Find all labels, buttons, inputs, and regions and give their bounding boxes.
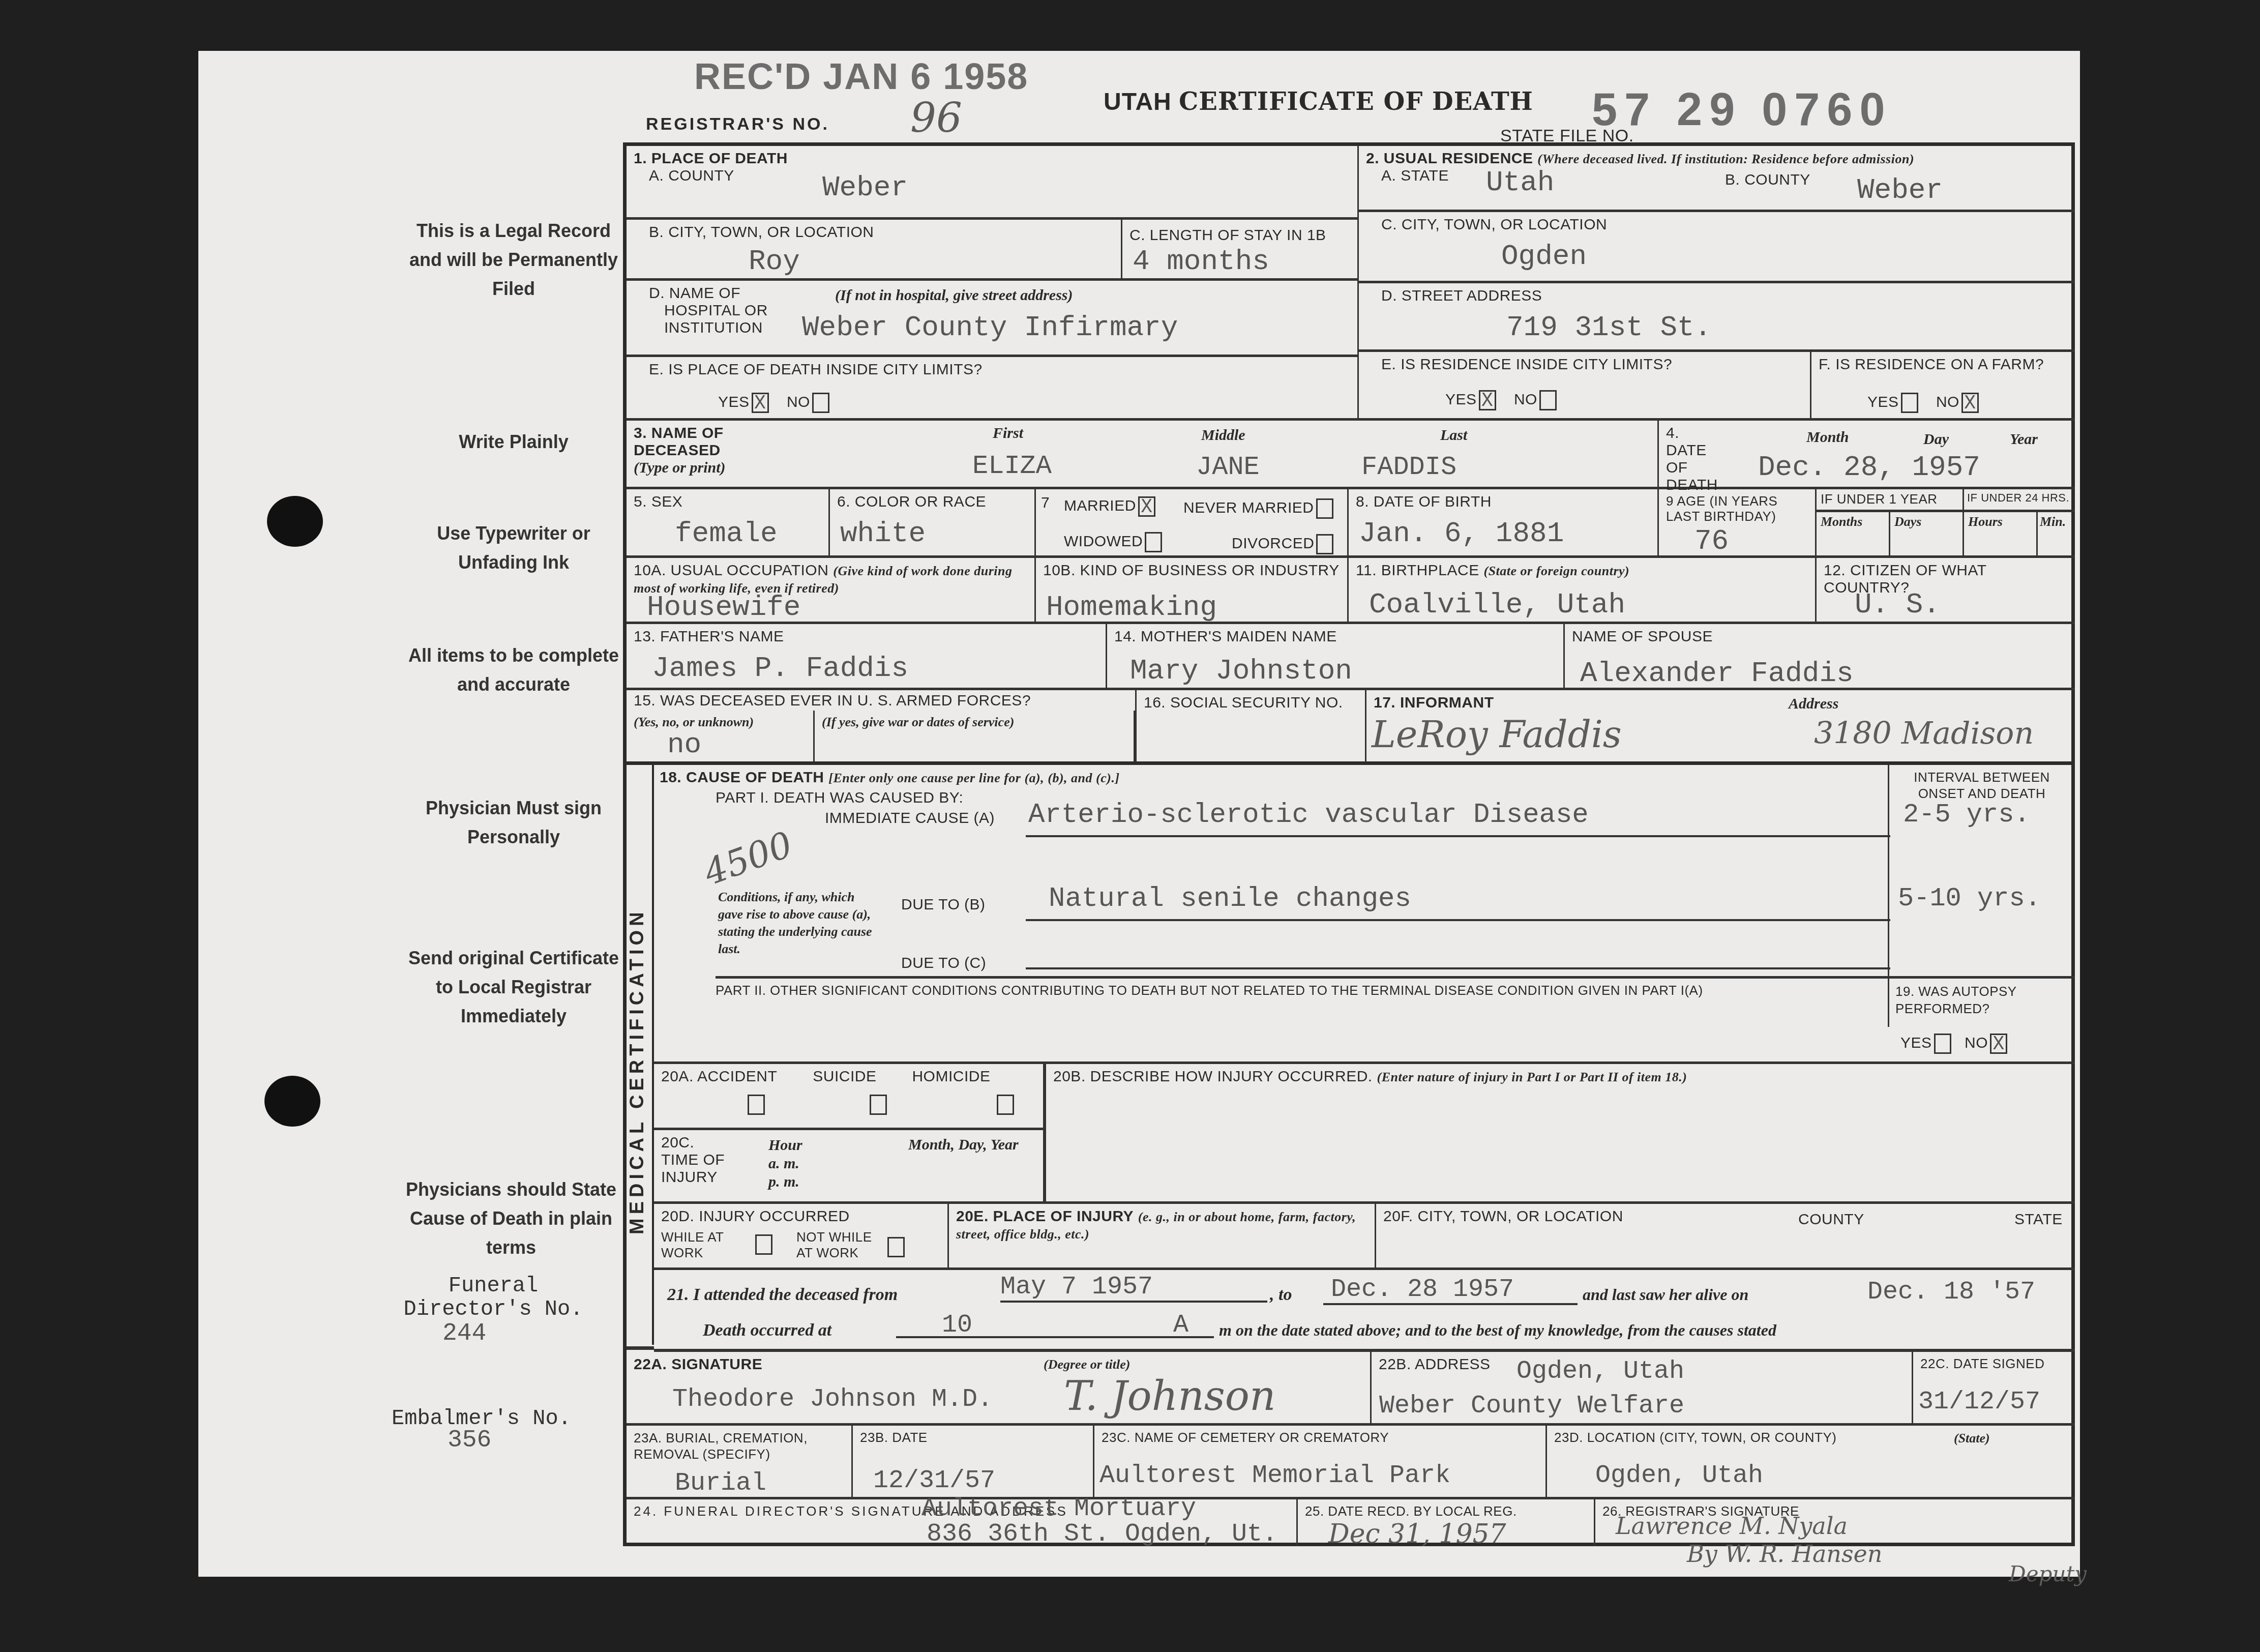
injury-county-label: COUNTY: [1798, 1211, 1864, 1228]
degree-label: (Degree or title): [1044, 1357, 1130, 1372]
death-hour-line: [896, 1336, 1214, 1338]
to-label: , to: [1270, 1285, 1292, 1305]
residence-farm-options: YES NOX: [1867, 393, 1979, 413]
send-original-note: Send original Certificate to Local Regis…: [407, 943, 620, 1030]
occupation-value: Housewife: [647, 591, 800, 624]
birthplace-value: Coalville, Utah: [1369, 588, 1625, 621]
residence-farm-cell: f. IS RESIDENCE ON A FARM? YES NOX: [1811, 352, 2075, 421]
disposition-location-value: Ogden, Utah: [1595, 1461, 1763, 1490]
married-option: MARRIEDX: [1064, 496, 1155, 517]
date-of-birth-cell: 8. DATE OF BIRTH Jan. 6, 1881: [1349, 489, 1659, 558]
armed-forces-cell: (Yes, no, or unknown) no: [627, 711, 815, 761]
residence-street-cell: d. STREET ADDRESS 719 31st St.: [1359, 283, 2075, 352]
autopsy-label: 19. WAS AUTOPSY PERFORMED?: [1895, 983, 2068, 1017]
complete-note: All items to be complete and accurate: [407, 641, 620, 699]
attended-to-line: [1323, 1303, 1578, 1305]
divorced-checkbox[interactable]: [1316, 534, 1333, 554]
physician-signature: T. Johnson: [1064, 1372, 1275, 1420]
immediate-cause-line: [1026, 835, 1890, 837]
autopsy-no-checkbox[interactable]: X: [1990, 1034, 2007, 1054]
never-married-option: NEVER MARRIED: [1183, 498, 1333, 519]
due-to-c-label: DUE TO (c): [901, 955, 986, 972]
informant-address-label: Address: [1789, 695, 1838, 713]
registrar-signature-cell: 26. REGISTRAR'S SIGNATURE Lawrence M. Ny…: [1595, 1499, 2075, 1546]
funeral-director-no: 244: [442, 1320, 486, 1347]
registrar-signature: Lawrence M. Nyala: [1616, 1512, 1848, 1540]
death-occurred-label: Death occurred at: [703, 1321, 831, 1340]
injury-state-label: STATE: [2014, 1211, 2063, 1228]
not-while-at-work-checkbox[interactable]: [887, 1237, 905, 1257]
middle-label: Middle: [1201, 427, 1245, 444]
informant-address: 3180 Madison: [1814, 716, 2034, 751]
mdy-label: Month, Day, Year: [908, 1136, 1019, 1154]
due-to-b-value: Natural senile changes: [1049, 883, 1411, 914]
interval-b-value: 5-10 yrs.: [1898, 883, 2041, 913]
injury-type-cell: 20a. ACCIDENTSUICIDEHOMICIDE: [654, 1064, 1045, 1130]
not-while-at-work-option: NOT WHILE AT WORK: [796, 1229, 878, 1261]
first-label: First: [993, 425, 1023, 442]
funeral-address-value: 836 36th St. Ogden, Ut.: [927, 1520, 1277, 1549]
death-city-limits-cell: e. IS PLACE OF DEATH INSIDE CITY LIMITS?…: [627, 357, 1359, 421]
sex-value: female: [675, 517, 778, 550]
conditions-hint: Conditions, if any, which gave rise to a…: [718, 889, 876, 958]
month-label: Month: [1806, 429, 1849, 446]
last-saw-label: and last saw her alive on: [1583, 1285, 1748, 1304]
residence-city-limits-yes-checkbox[interactable]: X: [1479, 390, 1496, 410]
residence-street-value: 719 31st St.: [1506, 311, 1711, 344]
last-name-value: FADDIS: [1361, 452, 1456, 482]
disposition-date-cell: 23b. DATE 12/31/57: [853, 1426, 1094, 1499]
industry-value: Homemaking: [1046, 591, 1217, 624]
typewriter-note: Use Typewriter or Unfading Ink: [407, 519, 620, 577]
received-stamp: REC'D JAN 6 1958: [694, 56, 1028, 98]
due-to-b-label: DUE TO (b): [901, 896, 986, 913]
death-city-limits-no-checkbox[interactable]: [812, 393, 829, 413]
birthplace-cell: 11. BIRTHPLACE (State or foreign country…: [1349, 558, 1817, 624]
divider: [1888, 765, 1889, 1027]
length-of-stay-cell: c. LENGTH OF STAY IN 1b 4 months: [1122, 220, 1359, 281]
residence-county-label: b. COUNTY: [1725, 171, 1810, 189]
injury-location-cell: 20f. CITY, TOWN, OR LOCATION COUNTY STAT…: [1376, 1204, 2075, 1270]
physician-address-line2: Weber County Welfare: [1379, 1392, 1684, 1421]
registrars-no-label: REGISTRAR'S NO.: [646, 114, 829, 134]
married-checkbox[interactable]: X: [1138, 496, 1155, 517]
hospital-hint: (If not in hospital, give street address…: [835, 287, 1073, 304]
informant-signature: LeRoy Faddis: [1372, 713, 1622, 756]
death-city-value: Roy: [749, 245, 800, 278]
punch-hole: [264, 1076, 320, 1127]
funeral-director-cell: 24. FUNERAL DIRECTOR'S SIGNATURE AND ADD…: [627, 1499, 1298, 1546]
cause-code-note: 4500: [698, 823, 797, 894]
death-city-limits-options: YESX NO: [718, 393, 829, 413]
year-label: Year: [2010, 431, 2038, 448]
physician-sign-note: Physician Must sign Personally: [407, 793, 620, 851]
residence-city-cell: c. CITY, TOWN, OR LOCATION Ogden: [1359, 212, 2075, 283]
part2-label: PART II. OTHER SIGNIFICANT CONDITIONS CO…: [716, 983, 1875, 998]
medical-certification-label: MEDICAL CERTIFICATION: [627, 908, 648, 1234]
physician-address-line1: Ogden, Utah: [1516, 1357, 1684, 1386]
armed-forces-value: no: [667, 728, 701, 761]
mother-value: Mary Johnston: [1130, 655, 1352, 687]
state-file-no: 57 29 0760: [1592, 84, 1892, 136]
attended-from-value: May 7 1957: [1000, 1273, 1153, 1302]
marital-label: 7: [1041, 494, 1050, 512]
death-city-limits-yes-checkbox[interactable]: X: [752, 393, 769, 413]
cause-of-death-label: 18. CAUSE OF DEATH [Enter only one cause…: [660, 769, 1120, 786]
plain-terms-note: Physicians should State Cause of Death i…: [392, 1175, 631, 1262]
widowed-option: WIDOWED: [1064, 532, 1162, 552]
father-cell: 13. FATHER'S NAME James P. Faddis: [627, 624, 1107, 690]
autopsy-yes-checkbox[interactable]: [1934, 1034, 1951, 1054]
citizen-cell: 12. CITIZEN OF WHAT COUNTRY? U. S.: [1817, 558, 2075, 624]
never-married-checkbox[interactable]: [1316, 498, 1333, 519]
widowed-checkbox[interactable]: [1145, 532, 1162, 552]
legal-record-note: This is a Legal Record and will be Perma…: [407, 216, 620, 303]
part1-label: PART I. DEATH WAS CAUSED BY:: [716, 789, 963, 807]
registrars-no: 96: [910, 94, 962, 141]
last-saw-value: Dec. 18 '57: [1867, 1278, 2035, 1307]
write-plainly-note: Write Plainly: [407, 427, 620, 456]
days-cell: Days: [1890, 512, 1964, 558]
divider: [627, 761, 2075, 765]
place-of-injury-cell: 20e. PLACE OF INJURY (e. g., in or about…: [949, 1204, 1376, 1270]
marital-status-cell: 7 MARRIEDX NEVER MARRIED WIDOWED DIVORCE…: [1036, 489, 1349, 558]
accident-checkbox[interactable]: [748, 1095, 765, 1115]
race-value: white: [840, 517, 926, 550]
due-to-b-line: [1026, 919, 1890, 921]
death-county-value: Weber: [822, 171, 908, 204]
death-hour-value: 10: [942, 1311, 972, 1340]
date-of-death-cell: 4. DATE OF DEATH Month Day Year Dec. 28,…: [1659, 421, 2075, 489]
occupation-cell: 10a. USUAL OCCUPATION (Give kind of work…: [627, 558, 1036, 624]
interval-label: INTERVAL BETWEEN ONSET AND DEATH: [1895, 769, 2068, 802]
under-24-hrs-header: IF UNDER 24 HRS.: [1964, 489, 2075, 512]
physician-address-cell: 22b. ADDRESS Ogden, Utah Weber County We…: [1372, 1352, 1913, 1426]
disposition-date-value: 12/31/57: [873, 1466, 995, 1495]
spouse-value: Alexander Faddis: [1580, 657, 1854, 690]
day-label: Day: [1923, 431, 1949, 448]
divider: [716, 976, 2075, 979]
time-options: Houra. m.p. m.: [768, 1136, 802, 1191]
disposition-location-cell: 23d. LOCATION (City, town, or county) (S…: [1547, 1426, 2075, 1499]
divider: [627, 1346, 654, 1350]
death-ampm-value: A: [1173, 1311, 1188, 1340]
time-of-injury-cell: 20c. TIME OF INJURY Houra. m.p. m. Month…: [654, 1130, 1045, 1204]
hours-cell: Hours: [1964, 512, 2038, 558]
physician-signature-cell: 22a. SIGNATURE (Degree or title) Theodor…: [627, 1352, 1372, 1426]
residence-farm-yes-checkbox[interactable]: [1901, 393, 1918, 413]
attended-from-line: [1000, 1301, 1267, 1303]
race-cell: 6. COLOR OR RACE white: [830, 489, 1036, 558]
certificate-form: 1. PLACE OF DEATH a. COUNTY Weber b. CIT…: [623, 142, 2075, 1546]
date-of-death-value: Dec. 28, 1957: [1758, 451, 1980, 484]
divorced-option: DIVORCED: [1232, 534, 1333, 554]
punch-hole: [267, 496, 323, 547]
cemetery-cell: 23c. NAME OF CEMETERY OR CREMATORY Aulto…: [1094, 1426, 1547, 1499]
residence-city-value: Ogden: [1501, 240, 1587, 273]
registrar-by: By W. R. Hansen: [1687, 1540, 1882, 1568]
place-of-death-city-cell: b. CITY, TOWN, OR LOCATION Roy: [627, 220, 1122, 281]
under-1-year-header: IF UNDER 1 YEAR: [1817, 489, 1964, 512]
length-of-stay-value: 4 months: [1133, 245, 1269, 278]
deceased-name-cell: 3. NAME OF DECEASED (Type or print) Firs…: [627, 421, 1659, 489]
armed-forces-label-cell: 15. WAS DECEASED EVER IN U. S. ARMED FOR…: [627, 690, 1133, 713]
cemetery-value: Aultorest Memorial Park: [1099, 1461, 1450, 1490]
local-reg-date-value: Dec 31, 1957: [1328, 1519, 1506, 1549]
while-at-work-option: WHILE AT WORK: [661, 1229, 737, 1261]
injury-occurred-cell: 20d. INJURY OCCURRED WHILE AT WORK NOT W…: [654, 1204, 949, 1270]
residence-farm-no-checkbox[interactable]: X: [1961, 393, 1979, 413]
immediate-cause-value: Arterio-sclerotic vascular Disease: [1028, 800, 1589, 831]
homicide-checkbox[interactable]: [997, 1095, 1014, 1115]
funeral-home-value: Aultorest Mortuary: [921, 1494, 1196, 1523]
last-label: Last: [1440, 427, 1467, 444]
months-cell: Months: [1817, 512, 1890, 558]
mother-cell: 14. MOTHER'S MAIDEN NAME Mary Johnston: [1107, 624, 1565, 690]
residence-city-limits-no-checkbox[interactable]: [1539, 390, 1557, 410]
attended-label: 21. I attended the deceased from: [667, 1285, 898, 1305]
embalmer-no: 356: [448, 1427, 491, 1454]
injury-description-cell: 20b. DESCRIBE HOW INJURY OCCURRED. (Ente…: [1045, 1064, 2075, 1204]
certificate-title: UTAH CERTIFICATE OF DEATH: [1104, 87, 1533, 116]
place-of-death-county-cell: 1. PLACE OF DEATH a. COUNTY Weber: [627, 146, 1359, 220]
physician-name-value: Theodore Johnson M.D.: [672, 1385, 993, 1414]
death-occurred-tail: m on the date stated above; and to the b…: [1219, 1321, 1776, 1340]
hospital-cell: d. NAME OF HOSPITAL OR INSTITUTION (If n…: [627, 281, 1359, 357]
date-of-birth-value: Jan. 6, 1881: [1359, 517, 1564, 550]
local-reg-date-cell: 25. DATE RECD. BY LOCAL REG. Dec 31, 195…: [1298, 1499, 1595, 1546]
while-at-work-checkbox[interactable]: [755, 1234, 772, 1255]
title-text: CERTIFICATE OF DEATH: [1179, 87, 1533, 116]
citizen-value: U. S.: [1855, 588, 1940, 621]
father-value: James P. Faddis: [652, 652, 908, 685]
informant-cell: 17. INFORMANT Address LeRoy Faddis 3180 …: [1366, 690, 2075, 761]
industry-cell: 10b. KIND OF BUSINESS OR INDUSTRY Homema…: [1036, 558, 1349, 624]
middle-name-value: JANE: [1196, 452, 1260, 482]
interval-a-value: 2-5 yrs.: [1903, 800, 2030, 830]
date-signed-value: 31/12/57: [1918, 1388, 2040, 1417]
residence-state-value: Utah: [1486, 166, 1554, 199]
spouse-cell: NAME OF SPOUSE Alexander Faddis: [1565, 624, 2075, 690]
funeral-director-no-label: Funeral Director's No.: [386, 1274, 600, 1321]
attended-to-value: Dec. 28 1957: [1331, 1275, 1514, 1304]
immediate-cause-label: IMMEDIATE CAUSE (a): [825, 810, 995, 827]
sex-cell: 5. SEX female: [627, 489, 830, 558]
age-cell: 9 AGE (In years last birthday) 76: [1659, 489, 1817, 558]
title-state: UTAH: [1104, 88, 1172, 115]
disposition-state-label: (State): [1954, 1431, 1990, 1446]
autopsy-options: YES NOX: [1900, 1034, 2007, 1054]
residence-state-cell: 2. USUAL RESIDENCE (Where deceased lived…: [1359, 146, 2075, 212]
ssn-cell: 16. SOCIAL SECURITY NO.: [1135, 690, 1366, 761]
hospital-value: Weber County Infirmary: [802, 311, 1178, 344]
registrar-deputy: Deputy: [2009, 1561, 2087, 1586]
age-value: 76: [1694, 525, 1729, 557]
due-to-c-line: [1026, 967, 1890, 969]
disposition-method-value: Burial: [675, 1469, 766, 1498]
residence-city-limits-options: YESX NO: [1445, 390, 1557, 410]
date-signed-cell: 22c. DATE SIGNED 31/12/57: [1913, 1352, 2075, 1426]
first-name-value: ELIZA: [972, 451, 1052, 481]
residence-city-limits-cell: e. IS RESIDENCE INSIDE CITY LIMITS? YESX…: [1359, 352, 1811, 421]
min-cell: Min.: [2038, 512, 2075, 558]
armed-forces-service-cell: (If yes, give war or dates of service): [815, 711, 1135, 761]
suicide-checkbox[interactable]: [870, 1095, 887, 1115]
disposition-method-cell: 23a. BURIAL, CREMATION, REMOVAL (Specify…: [627, 1426, 853, 1499]
residence-county-value: Weber: [1857, 174, 1943, 206]
